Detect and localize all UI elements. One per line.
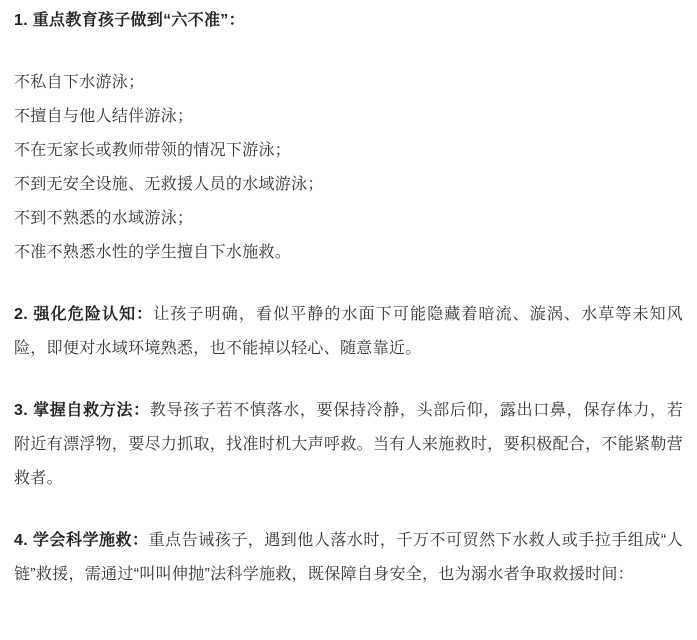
rule-item-4: 不到无安全设施、无救援人员的水域游泳； <box>14 168 683 202</box>
rule-item-6: 不准不熟悉水性的学生擅自下水施救。 <box>14 236 683 270</box>
section-4-paragraph: 4. 学会科学施救：重点告诫孩子，遇到他人落水时，千万不可贸然下水救人或手拉手组… <box>14 524 683 592</box>
section-1-heading: 1. 重点教育孩子做到“六不准”： <box>14 4 683 38</box>
section-4-heading: 4. 学会科学施救： <box>14 532 149 549</box>
section-3-heading: 3. 掌握自救方法： <box>14 402 150 419</box>
rule-item-3: 不在无家长或教师带领的情况下游泳； <box>14 134 683 168</box>
section-2-heading: 2. 强化危险认知： <box>14 306 153 323</box>
section-2-paragraph: 2. 强化危险认知：让孩子明确，看似平静的水面下可能隐藏着暗流、漩涡、水草等未知… <box>14 298 683 366</box>
rule-item-2: 不擅自与他人结伴游泳； <box>14 100 683 134</box>
safety-education-article: 1. 重点教育孩子做到“六不准”： 不私自下水游泳； 不擅自与他人结伴游泳； 不… <box>0 0 697 612</box>
rule-item-1: 不私自下水游泳； <box>14 66 683 100</box>
section-3-paragraph: 3. 掌握自救方法：教导孩子若不慎落水，要保持冷静，头部后仰，露出口鼻，保存体力… <box>14 394 683 496</box>
six-rules-list: 不私自下水游泳； 不擅自与他人结伴游泳； 不在无家长或教师带领的情况下游泳； 不… <box>14 66 683 270</box>
rule-item-5: 不到不熟悉的水域游泳； <box>14 202 683 236</box>
